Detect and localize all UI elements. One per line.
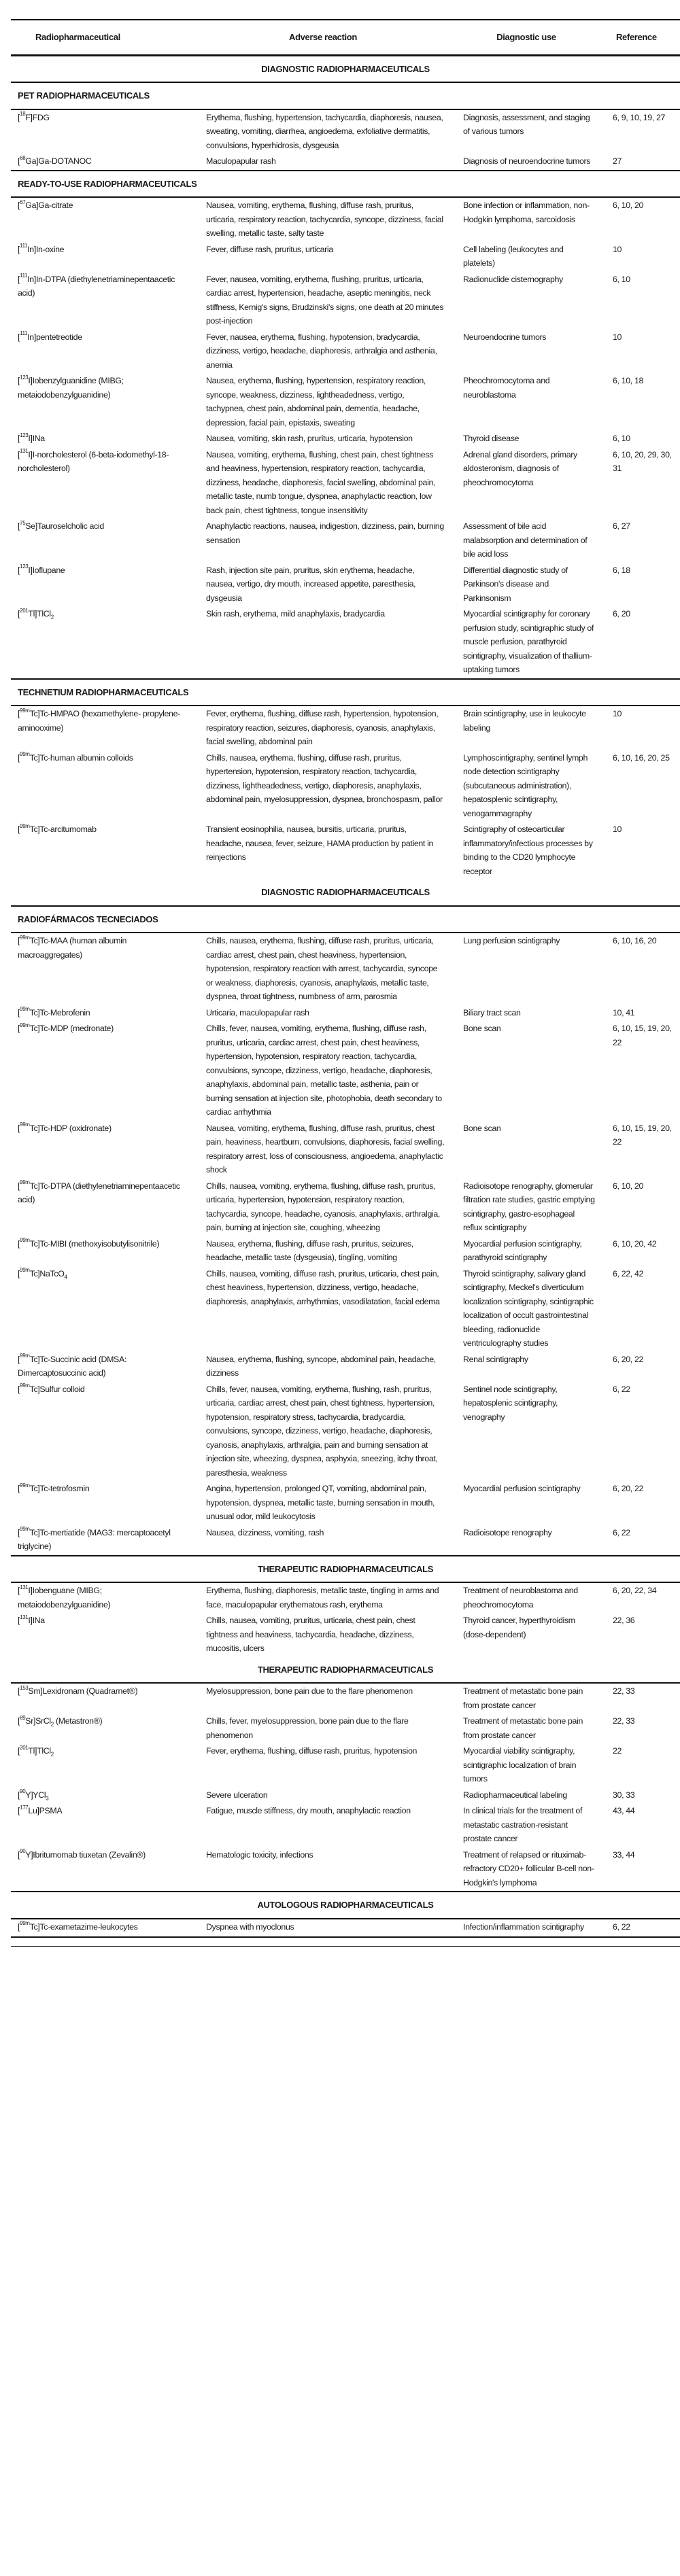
isotope-mass-number: 131 — [20, 1614, 28, 1620]
subsection-label: READY-TO-USE RADIOPHARMACEUTICALS — [11, 171, 680, 198]
radiopharmaceutical-adverse-reactions-table: Radiopharmaceutical Adverse reaction Dia… — [11, 19, 680, 1938]
reference-cell: 6, 10 — [601, 272, 680, 330]
adverse-reaction-cell: Fever, erythema, flushing, diffuse rash,… — [194, 1743, 452, 1788]
isotope-mass-number: 99m — [20, 823, 30, 829]
diagnostic-use-cell: Thyroid cancer, hyperthyroidism (dose-de… — [452, 1613, 601, 1657]
table-row: [123I]Iobenzylguanidine (MIBG; metaiodob… — [11, 373, 680, 431]
diagnostic-use-cell: Cell labeling (leukocytes and platelets) — [452, 242, 601, 272]
diagnostic-use-cell: In clinical trials for the treatment of … — [452, 1803, 601, 1847]
diagnostic-use-cell: Biliary tract scan — [452, 1005, 601, 1022]
compound-name: Y]YCl — [25, 1790, 46, 1800]
diagnostic-use-cell: Radiopharmaceutical labeling — [452, 1788, 601, 1804]
compound-name: I]I-norcholesterol (6-beta-iodomethyl-18… — [18, 450, 169, 474]
reference-cell: 33, 44 — [601, 1847, 680, 1892]
compound-name: Tc]Tc-Mebrofenin — [30, 1008, 90, 1017]
table-row: [89Sr]SrCl2 (Metastron®) Chills, fever, … — [11, 1713, 680, 1743]
isotope-mass-number: 99m — [20, 1482, 30, 1489]
radiopharmaceutical-cell: [99mTc]Tc-HMPAO (hexamethylene- propylen… — [11, 706, 194, 750]
compound-name: Tl]TlCl — [28, 609, 50, 619]
compound-name: Tc]Tc-human albumin colloids — [30, 753, 133, 763]
subsection-label: TECHNETIUM RADIOPHARMACEUTICALS — [11, 679, 680, 706]
subsection-row: RADIOFÁRMACOS TECNECIADOS — [11, 906, 680, 933]
reference-cell: 6, 10, 18 — [601, 373, 680, 431]
radiopharmaceutical-cell: [153Sm]Lexidronam (Quadrarnet®) — [11, 1683, 194, 1713]
adverse-reaction-cell: Chills, fever, nausea, vomiting, erythem… — [194, 1021, 452, 1121]
table-row: [131I]Iobenguane (MIBG; metaiodobenzylgu… — [11, 1582, 680, 1613]
diagnostic-use-cell: Assessment of bile acid malabsorption an… — [452, 519, 601, 563]
diagnostic-use-cell: Myocardial viability scintigraphy, scint… — [452, 1743, 601, 1788]
diagnostic-use-cell: Infection/inflammation scintigraphy — [452, 1919, 601, 1938]
compound-name: F]FDG — [25, 113, 49, 122]
table-row: [75Se]Tauroselcholic acid Anaphylactic r… — [11, 519, 680, 563]
isotope-mass-number: 99m — [20, 1121, 30, 1128]
adverse-reactions-table-page: Radiopharmaceutical Adverse reaction Dia… — [11, 19, 680, 1938]
reference-cell: 22 — [601, 1743, 680, 1788]
diagnostic-use-cell: Treatment of metastatic bone pain from p… — [452, 1683, 601, 1713]
radiopharmaceutical-cell: [99mTc]Tc-MAA (human albumin macroaggreg… — [11, 933, 194, 1005]
diagnostic-use-cell: Renal scintigraphy — [452, 1352, 601, 1382]
diagnostic-use-cell: Myocardial scintigraphy for coronary per… — [452, 606, 601, 679]
section-group-row: THERAPEUTIC RADIOPHARMACEUTICALS — [11, 1556, 680, 1583]
adverse-reaction-cell: Nausea, dizziness, vomiting, rash — [194, 1525, 452, 1556]
compound-name: In]In-DTPA (diethylenetriaminepentaaceti… — [18, 275, 175, 298]
diagnostic-use-cell: Lung perfusion scintigraphy — [452, 933, 601, 1005]
reference-cell: 6, 20 — [601, 606, 680, 679]
column-header-adverse-reaction: Adverse reaction — [194, 20, 452, 55]
reference-cell: 30, 33 — [601, 1788, 680, 1804]
diagnostic-use-cell: Bone infection or inflammation, non-Hodg… — [452, 197, 601, 242]
table-row: [153Sm]Lexidronam (Quadrarnet®) Myelosup… — [11, 1683, 680, 1713]
radiopharmaceutical-cell: [67Ga]Ga-citrate — [11, 197, 194, 242]
adverse-reaction-cell: Dyspnea with myoclonus — [194, 1919, 452, 1938]
radiopharmaceutical-cell: [99mTc]Sulfur colloid — [11, 1382, 194, 1482]
compound-name: I]INa — [28, 434, 44, 443]
isotope-mass-number: 153 — [20, 1685, 28, 1691]
column-header-radiopharmaceutical: Radiopharmaceutical — [11, 20, 194, 55]
compound-name: I]Iobenzylguanidine (MIBG; metaiodobenzy… — [18, 376, 124, 400]
diagnostic-use-cell: Neuroendocrine tumors — [452, 330, 601, 374]
isotope-mass-number: 99m — [20, 1382, 30, 1389]
reference-cell: 6, 10, 16, 20 — [601, 933, 680, 1005]
diagnostic-use-cell: Treatment of relapsed or rituximab-refra… — [452, 1847, 601, 1892]
isotope-mass-number: 111 — [20, 273, 27, 279]
reference-cell: 6, 22, 42 — [601, 1266, 680, 1352]
isotope-mass-number: 75 — [20, 520, 25, 526]
reference-cell: 6, 20, 22, 34 — [601, 1582, 680, 1613]
compound-name: Se]Tauroselcholic acid — [25, 521, 104, 531]
isotope-mass-number: 131 — [20, 448, 28, 454]
radiopharmaceutical-cell: [131I]INa — [11, 1613, 194, 1657]
isotope-mass-number: 99m — [20, 1526, 30, 1532]
table-row: [111In]In-DTPA (diethylenetriaminepentaa… — [11, 272, 680, 330]
adverse-reaction-cell: Nausea, vomiting, erythema, flushing, di… — [194, 197, 452, 242]
reference-cell: 6, 10, 16, 20, 25 — [601, 750, 680, 822]
adverse-reaction-cell: Chills, nausea, vomiting, pruritus, urti… — [194, 1613, 452, 1657]
radiopharmaceutical-cell: [131I]Iobenguane (MIBG; metaiodobenzylgu… — [11, 1582, 194, 1613]
reference-cell: 6, 10, 20, 29, 30, 31 — [601, 447, 680, 519]
radiopharmaceutical-cell: [89Sr]SrCl2 (Metastron®) — [11, 1713, 194, 1743]
compound-name: Tl]TlCl — [28, 1746, 50, 1756]
compound-name: Tc]Tc-Succinic acid (DMSA: Dimercaptosuc… — [18, 1355, 126, 1378]
radiopharmaceutical-cell: [99mTc]NaTcO4 — [11, 1266, 194, 1352]
subsection-row: TECHNETIUM RADIOPHARMACEUTICALS — [11, 679, 680, 706]
table-row: [99mTc]Tc-human albumin colloids Chills,… — [11, 750, 680, 822]
table-row: [99mTc]Tc-arcitumomab Transient eosinoph… — [11, 822, 680, 880]
diagnostic-use-cell: Bone scan — [452, 1121, 601, 1179]
adverse-reaction-cell: Chills, fever, nausea, vomiting, erythem… — [194, 1382, 452, 1482]
table-row: [99mTc]Tc-MAA (human albumin macroaggreg… — [11, 933, 680, 1005]
radiopharmaceutical-cell: [177Lu]PSMA — [11, 1803, 194, 1847]
table-row: [90Y]Ibritumomab tiuxetan (Zevalin®) Hem… — [11, 1847, 680, 1892]
radiopharmaceutical-cell: [99mTc]Tc-tetrofosmin — [11, 1481, 194, 1525]
adverse-reaction-cell: Fever, diffuse rash, pruritus, urticaria — [194, 242, 452, 272]
reference-cell: 6, 10, 15, 19, 20, 22 — [601, 1021, 680, 1121]
table-row: [99mTc]Tc-MDP (medronate) Chills, fever,… — [11, 1021, 680, 1121]
diagnostic-use-cell: Myocardial perfusion scintigraphy, parat… — [452, 1236, 601, 1266]
diagnostic-use-cell: Treatment of neuroblastoma and pheochrom… — [452, 1582, 601, 1613]
subsection-label: RADIOFÁRMACOS TECNECIADOS — [11, 906, 680, 933]
radiopharmaceutical-cell: [99mTc]Tc-MIBI (methoxyisobutylisonitril… — [11, 1236, 194, 1266]
reference-cell: 22, 33 — [601, 1683, 680, 1713]
adverse-reaction-cell: Fever, erythema, flushing, diffuse rash,… — [194, 706, 452, 750]
isotope-mass-number: 99m — [20, 1353, 30, 1359]
reference-cell: 43, 44 — [601, 1803, 680, 1847]
isotope-mass-number: 68 — [20, 155, 25, 161]
adverse-reaction-cell: Severe ulceration — [194, 1788, 452, 1804]
radiopharmaceutical-cell: [123I]INa — [11, 431, 194, 447]
diagnostic-use-cell: Adrenal gland disorders, primary aldoste… — [452, 447, 601, 519]
table-row: [99mTc]Tc-HMPAO (hexamethylene- propylen… — [11, 706, 680, 750]
radiopharmaceutical-cell: [111In]In-oxine — [11, 242, 194, 272]
radiopharmaceutical-cell: [201Tl]TlCl2 — [11, 1743, 194, 1788]
compound-name: Tc]Tc-MAA (human albumin macroaggregates… — [18, 936, 126, 960]
diagnostic-use-cell: Radioisotope renography, glomerular filt… — [452, 1179, 601, 1236]
compound-name: Tc]Tc-HMPAO (hexamethylene- propylene-am… — [18, 709, 180, 733]
section-group-row: DIAGNOSTIC RADIOPHARMACEUTICALS — [11, 55, 680, 82]
table-row: [90Y]YCl3 Severe ulceration Radiopharmac… — [11, 1788, 680, 1804]
isotope-mass-number: 201 — [20, 608, 28, 614]
adverse-reaction-cell: Nausea, vomiting, erythema, flushing, di… — [194, 1121, 452, 1179]
adverse-reaction-cell: Chills, nausea, erythema, flushing, diff… — [194, 750, 452, 822]
adverse-reaction-cell: Anaphylactic reactions, nausea, indigest… — [194, 519, 452, 563]
reference-cell: 10 — [601, 242, 680, 272]
diagnostic-use-cell: Radionuclide cisternography — [452, 272, 601, 330]
table-header: Radiopharmaceutical Adverse reaction Dia… — [11, 20, 680, 55]
isotope-mass-number: 111 — [20, 243, 27, 249]
diagnostic-use-cell: Diagnosis, assessment, and staging of va… — [452, 109, 601, 154]
diagnostic-use-cell: Lymphoscintigraphy, sentinel lymph node … — [452, 750, 601, 822]
reference-cell: 27 — [601, 154, 680, 171]
radiopharmaceutical-cell: [111In]pentetreotide — [11, 330, 194, 374]
reference-cell: 6, 27 — [601, 519, 680, 563]
reference-cell: 6, 9, 10, 19, 27 — [601, 109, 680, 154]
adverse-reaction-cell: Skin rash, erythema, mild anaphylaxis, b… — [194, 606, 452, 679]
subsection-row: PET RADIOPHARMACEUTICALS — [11, 82, 680, 109]
table-row: [68Ga]Ga-DOTANOC Maculopapular rash Diag… — [11, 154, 680, 171]
table-row: [99mTc]Tc-DTPA (diethylenetriaminepentaa… — [11, 1179, 680, 1236]
radiopharmaceutical-cell: [99mTc]Tc-mertiatide (MAG3: mercaptoacet… — [11, 1525, 194, 1556]
reference-cell: 10, 41 — [601, 1005, 680, 1022]
isotope-mass-number: 177 — [20, 1805, 28, 1811]
table-row: [99mTc]Tc-MIBI (methoxyisobutylisonitril… — [11, 1236, 680, 1266]
reference-cell: 6, 20, 22 — [601, 1481, 680, 1525]
compound-name: Tc]Tc-tetrofosmin — [30, 1484, 90, 1493]
compound-name: Tc]Tc-HDP (oxidronate) — [30, 1124, 112, 1133]
isotope-mass-number: 123 — [20, 563, 28, 570]
table-row: [111In]In-oxine Fever, diffuse rash, pru… — [11, 242, 680, 272]
reference-cell: 22, 33 — [601, 1713, 680, 1743]
radiopharmaceutical-cell: [90Y]Ibritumomab tiuxetan (Zevalin®) — [11, 1847, 194, 1892]
compound-name: Ga]Ga-DOTANOC — [25, 156, 91, 166]
adverse-reaction-cell: Myelosuppression, bone pain due to the f… — [194, 1683, 452, 1713]
isotope-mass-number: 99m — [20, 1237, 30, 1243]
subsection-row: READY-TO-USE RADIOPHARMACEUTICALS — [11, 171, 680, 198]
isotope-mass-number: 99m — [20, 1179, 30, 1185]
radiopharmaceutical-cell: [99mTc]Tc-MDP (medronate) — [11, 1021, 194, 1121]
compound-name: Ga]Ga-citrate — [25, 201, 73, 210]
table-row: [111In]pentetreotide Fever, nausea, eryt… — [11, 330, 680, 374]
isotope-mass-number: 123 — [20, 375, 28, 381]
isotope-mass-number: 90 — [20, 1848, 25, 1854]
compound-name: Tc]Tc-exametazime-leukocytes — [30, 1922, 138, 1932]
isotope-mass-number: 99m — [20, 1022, 30, 1028]
section-group-label: THERAPEUTIC RADIOPHARMACEUTICALS — [11, 1556, 680, 1583]
diagnostic-use-cell: Thyroid scintigraphy, salivary gland sci… — [452, 1266, 601, 1352]
radiopharmaceutical-cell: [111In]In-DTPA (diethylenetriaminepentaa… — [11, 272, 194, 330]
diagnostic-use-cell: Myocardial perfusion scintigraphy — [452, 1481, 601, 1525]
adverse-reaction-cell: Angina, hypertension, prolonged QT, vomi… — [194, 1481, 452, 1525]
compound-name: Tc]Sulfur colloid — [30, 1385, 85, 1394]
reference-cell: 10 — [601, 706, 680, 750]
adverse-reaction-cell: Fatigue, muscle stiffness, dry mouth, an… — [194, 1803, 452, 1847]
compound-name: I]Iobenguane (MIBG; metaiodobenzylguanid… — [18, 1586, 110, 1609]
compound-name: Lu]PSMA — [28, 1806, 62, 1815]
radiopharmaceutical-cell: [99mTc]Tc-DTPA (diethylenetriaminepentaa… — [11, 1179, 194, 1236]
table-row: [99mTc]NaTcO4 Chills, nausea, vomiting, … — [11, 1266, 680, 1352]
formula-subscript: 2 — [51, 1751, 54, 1757]
radiopharmaceutical-cell: [99mTc]Tc-arcitumomab — [11, 822, 194, 880]
radiopharmaceutical-cell: [99mTc]Tc-Succinic acid (DMSA: Dimercapt… — [11, 1352, 194, 1382]
radiopharmaceutical-cell: [99mTc]Tc-exametazime-leukocytes — [11, 1919, 194, 1938]
isotope-mass-number: 99m — [20, 751, 30, 757]
section-group-label: DIAGNOSTIC RADIOPHARMACEUTICALS — [11, 880, 680, 906]
section-group-row: AUTOLOGOUS RADIOPHARMACEUTICALS — [11, 1892, 680, 1919]
reference-cell: 10 — [601, 330, 680, 374]
reference-cell: 22, 36 — [601, 1613, 680, 1657]
compound-name: Tc]Tc-MIBI (methoxyisobutylisonitrile) — [30, 1239, 160, 1249]
table-row: [18F]FDG Erythema, flushing, hypertensio… — [11, 109, 680, 154]
diagnostic-use-cell: Scintigraphy of osteoarticular inflammat… — [452, 822, 601, 880]
radiopharmaceutical-cell: [99mTc]Tc-Mebrofenin — [11, 1005, 194, 1022]
isotope-mass-number: 90 — [20, 1788, 25, 1794]
radiopharmaceutical-cell: [123I]Iobenzylguanidine (MIBG; metaiodob… — [11, 373, 194, 431]
compound-name: Tc]Tc-DTPA (diethylenetriaminepentaaceti… — [18, 1181, 180, 1205]
diagnostic-use-cell: Sentinel node scintigraphy, hepatospleni… — [452, 1382, 601, 1482]
diagnostic-use-cell: Differential diagnostic study of Parkins… — [452, 563, 601, 607]
radiopharmaceutical-cell: [201Tl]TlCl2 — [11, 606, 194, 679]
table-row: [99mTc]Tc-mertiatide (MAG3: mercaptoacet… — [11, 1525, 680, 1556]
table-row: [99mTc]Tc-Succinic acid (DMSA: Dimercapt… — [11, 1352, 680, 1382]
adverse-reaction-cell: Hematologic toxicity, infections — [194, 1847, 452, 1892]
table-row: [201Tl]TlCl2 Fever, erythema, flushing, … — [11, 1743, 680, 1788]
reference-cell: 6, 10, 20 — [601, 1179, 680, 1236]
compound-name: Sm]Lexidronam (Quadrarnet®) — [28, 1686, 137, 1696]
diagnostic-use-cell: Thyroid disease — [452, 431, 601, 447]
compound-name: Tc]NaTcO — [30, 1269, 65, 1278]
table-row: [131I]I-norcholesterol (6-beta-iodomethy… — [11, 447, 680, 519]
isotope-mass-number: 99m — [20, 708, 30, 714]
diagnostic-use-cell: Brain scintigraphy, use in leukocyte lab… — [452, 706, 601, 750]
adverse-reaction-cell: Nausea, vomiting, erythema, flushing, ch… — [194, 447, 452, 519]
diagnostic-use-cell: Pheochromocytoma and neuroblastoma — [452, 373, 601, 431]
adverse-reaction-cell: Erythema, flushing, diaphoresis, metalli… — [194, 1582, 452, 1613]
adverse-reaction-cell: Chills, nausea, vomiting, diffuse rash, … — [194, 1266, 452, 1352]
adverse-reaction-cell: Erythema, flushing, hypertension, tachyc… — [194, 109, 452, 154]
formula-subscript: 3 — [46, 1795, 48, 1801]
diagnostic-use-cell: Treatment of metastatic bone pain from p… — [452, 1713, 601, 1743]
reference-cell: 6, 10 — [601, 431, 680, 447]
isotope-mass-number: 99m — [20, 1006, 30, 1012]
table-end-rule — [11, 1946, 680, 1947]
radiopharmaceutical-cell: [75Se]Tauroselcholic acid — [11, 519, 194, 563]
table-row: [67Ga]Ga-citrate Nausea, vomiting, eryth… — [11, 197, 680, 242]
reference-cell: 6, 10, 15, 19, 20, 22 — [601, 1121, 680, 1179]
reference-cell: 6, 22 — [601, 1919, 680, 1938]
isotope-mass-number: 131 — [20, 1584, 28, 1590]
isotope-mass-number: 123 — [20, 432, 28, 438]
radiopharmaceutical-cell: [99mTc]Tc-human albumin colloids — [11, 750, 194, 822]
adverse-reaction-cell: Transient eosinophilia, nausea, bursitis… — [194, 822, 452, 880]
reference-cell: 6, 10, 20, 42 — [601, 1236, 680, 1266]
adverse-reaction-cell: Nausea, erythema, flushing, syncope, abd… — [194, 1352, 452, 1382]
reference-cell: 6, 20, 22 — [601, 1352, 680, 1382]
adverse-reaction-cell: Urticaria, maculopapular rash — [194, 1005, 452, 1022]
adverse-reaction-cell: Nausea, erythema, flushing, diffuse rash… — [194, 1236, 452, 1266]
table-row: [99mTc]Tc-tetrofosmin Angina, hypertensi… — [11, 1481, 680, 1525]
compound-name: Tc]Tc-arcitumomab — [30, 824, 97, 834]
adverse-reaction-cell: Chills, nausea, vomiting, erythema, flus… — [194, 1179, 452, 1236]
diagnostic-use-cell: Diagnosis of neuroendocrine tumors — [452, 154, 601, 171]
isotope-mass-number: 99m — [20, 1267, 30, 1273]
compound-name: Tc]Tc-mertiatide (MAG3: mercaptoacetyl t… — [18, 1528, 171, 1552]
formula-subscript: 2 — [51, 614, 54, 620]
table-row: [99mTc]Tc-exametazime-leukocytes Dyspnea… — [11, 1919, 680, 1938]
compound-name: In]pentetreotide — [27, 332, 82, 342]
table-body: DIAGNOSTIC RADIOPHARMACEUTICALS PET RADI… — [11, 55, 680, 1937]
compound-name: Y]Ibritumomab tiuxetan (Zevalin®) — [25, 1850, 146, 1860]
reference-cell: 6, 10, 20 — [601, 197, 680, 242]
reference-cell: 6, 18 — [601, 563, 680, 607]
subsection-label: PET RADIOPHARMACEUTICALS — [11, 82, 680, 109]
adverse-reaction-cell: Chills, fever, myelosuppression, bone pa… — [194, 1713, 452, 1743]
table-row: [131I]INa Chills, nausea, vomiting, prur… — [11, 1613, 680, 1657]
isotope-mass-number: 201 — [20, 1745, 28, 1751]
adverse-reaction-cell: Rash, injection site pain, pruritus, ski… — [194, 563, 452, 607]
isotope-mass-number: 99m — [20, 1920, 30, 1926]
section-group-label: AUTOLOGOUS RADIOPHARMACEUTICALS — [11, 1892, 680, 1919]
compound-suffix: (Metastron®) — [54, 1716, 102, 1726]
compound-name: In]In-oxine — [27, 245, 64, 254]
section-group-row: THERAPEUTIC RADIOPHARMACEUTICALS — [11, 1657, 680, 1684]
table-row: [177Lu]PSMA Fatigue, muscle stiffness, d… — [11, 1803, 680, 1847]
adverse-reaction-cell: Chills, nausea, erythema, flushing, diff… — [194, 933, 452, 1005]
table-row: [99mTc]Tc-HDP (oxidronate) Nausea, vomit… — [11, 1121, 680, 1179]
table-row: [201Tl]TlCl2 Skin rash, erythema, mild a… — [11, 606, 680, 679]
isotope-mass-number: 89 — [20, 1715, 25, 1721]
radiopharmaceutical-cell: [90Y]YCl3 — [11, 1788, 194, 1804]
radiopharmaceutical-cell: [68Ga]Ga-DOTANOC — [11, 154, 194, 171]
table-row: [99mTc]Tc-Mebrofenin Urticaria, maculopa… — [11, 1005, 680, 1022]
radiopharmaceutical-cell: [18F]FDG — [11, 109, 194, 154]
section-group-label: THERAPEUTIC RADIOPHARMACEUTICALS — [11, 1657, 680, 1684]
adverse-reaction-cell: Nausea, vomiting, skin rash, pruritus, u… — [194, 431, 452, 447]
radiopharmaceutical-cell: [131I]I-norcholesterol (6-beta-iodomethy… — [11, 447, 194, 519]
formula-subscript: 4 — [65, 1274, 67, 1280]
column-header-reference: Reference — [601, 20, 680, 55]
table-row: [123I]Ioflupane Rash, injection site pai… — [11, 563, 680, 607]
adverse-reaction-cell: Fever, nausea, vomiting, erythema, flush… — [194, 272, 452, 330]
table-row: [99mTc]Sulfur colloid Chills, fever, nau… — [11, 1382, 680, 1482]
isotope-mass-number: 18 — [20, 111, 25, 117]
isotope-mass-number: 67 — [20, 199, 25, 205]
adverse-reaction-cell: Fever, nausea, erythema, flushing, hypot… — [194, 330, 452, 374]
compound-name: Tc]Tc-MDP (medronate) — [30, 1024, 114, 1033]
compound-name: I]INa — [28, 1616, 44, 1625]
section-group-row: DIAGNOSTIC RADIOPHARMACEUTICALS — [11, 880, 680, 906]
section-group-label: DIAGNOSTIC RADIOPHARMACEUTICALS — [11, 55, 680, 82]
adverse-reaction-cell: Nausea, erythema, flushing, hypertension… — [194, 373, 452, 431]
compound-name: Sr]SrCl — [25, 1716, 50, 1726]
compound-name: I]Ioflupane — [28, 565, 65, 575]
table-row: [123I]INa Nausea, vomiting, skin rash, p… — [11, 431, 680, 447]
radiopharmaceutical-cell: [99mTc]Tc-HDP (oxidronate) — [11, 1121, 194, 1179]
reference-cell: 6, 22 — [601, 1525, 680, 1556]
isotope-mass-number: 111 — [20, 330, 27, 336]
reference-cell: 10 — [601, 822, 680, 880]
isotope-mass-number: 99m — [20, 935, 30, 941]
diagnostic-use-cell: Radioisotope renography — [452, 1525, 601, 1556]
diagnostic-use-cell: Bone scan — [452, 1021, 601, 1121]
adverse-reaction-cell: Maculopapular rash — [194, 154, 452, 171]
reference-cell: 6, 22 — [601, 1382, 680, 1482]
column-header-diagnostic-use: Diagnostic use — [452, 20, 601, 55]
radiopharmaceutical-cell: [123I]Ioflupane — [11, 563, 194, 607]
